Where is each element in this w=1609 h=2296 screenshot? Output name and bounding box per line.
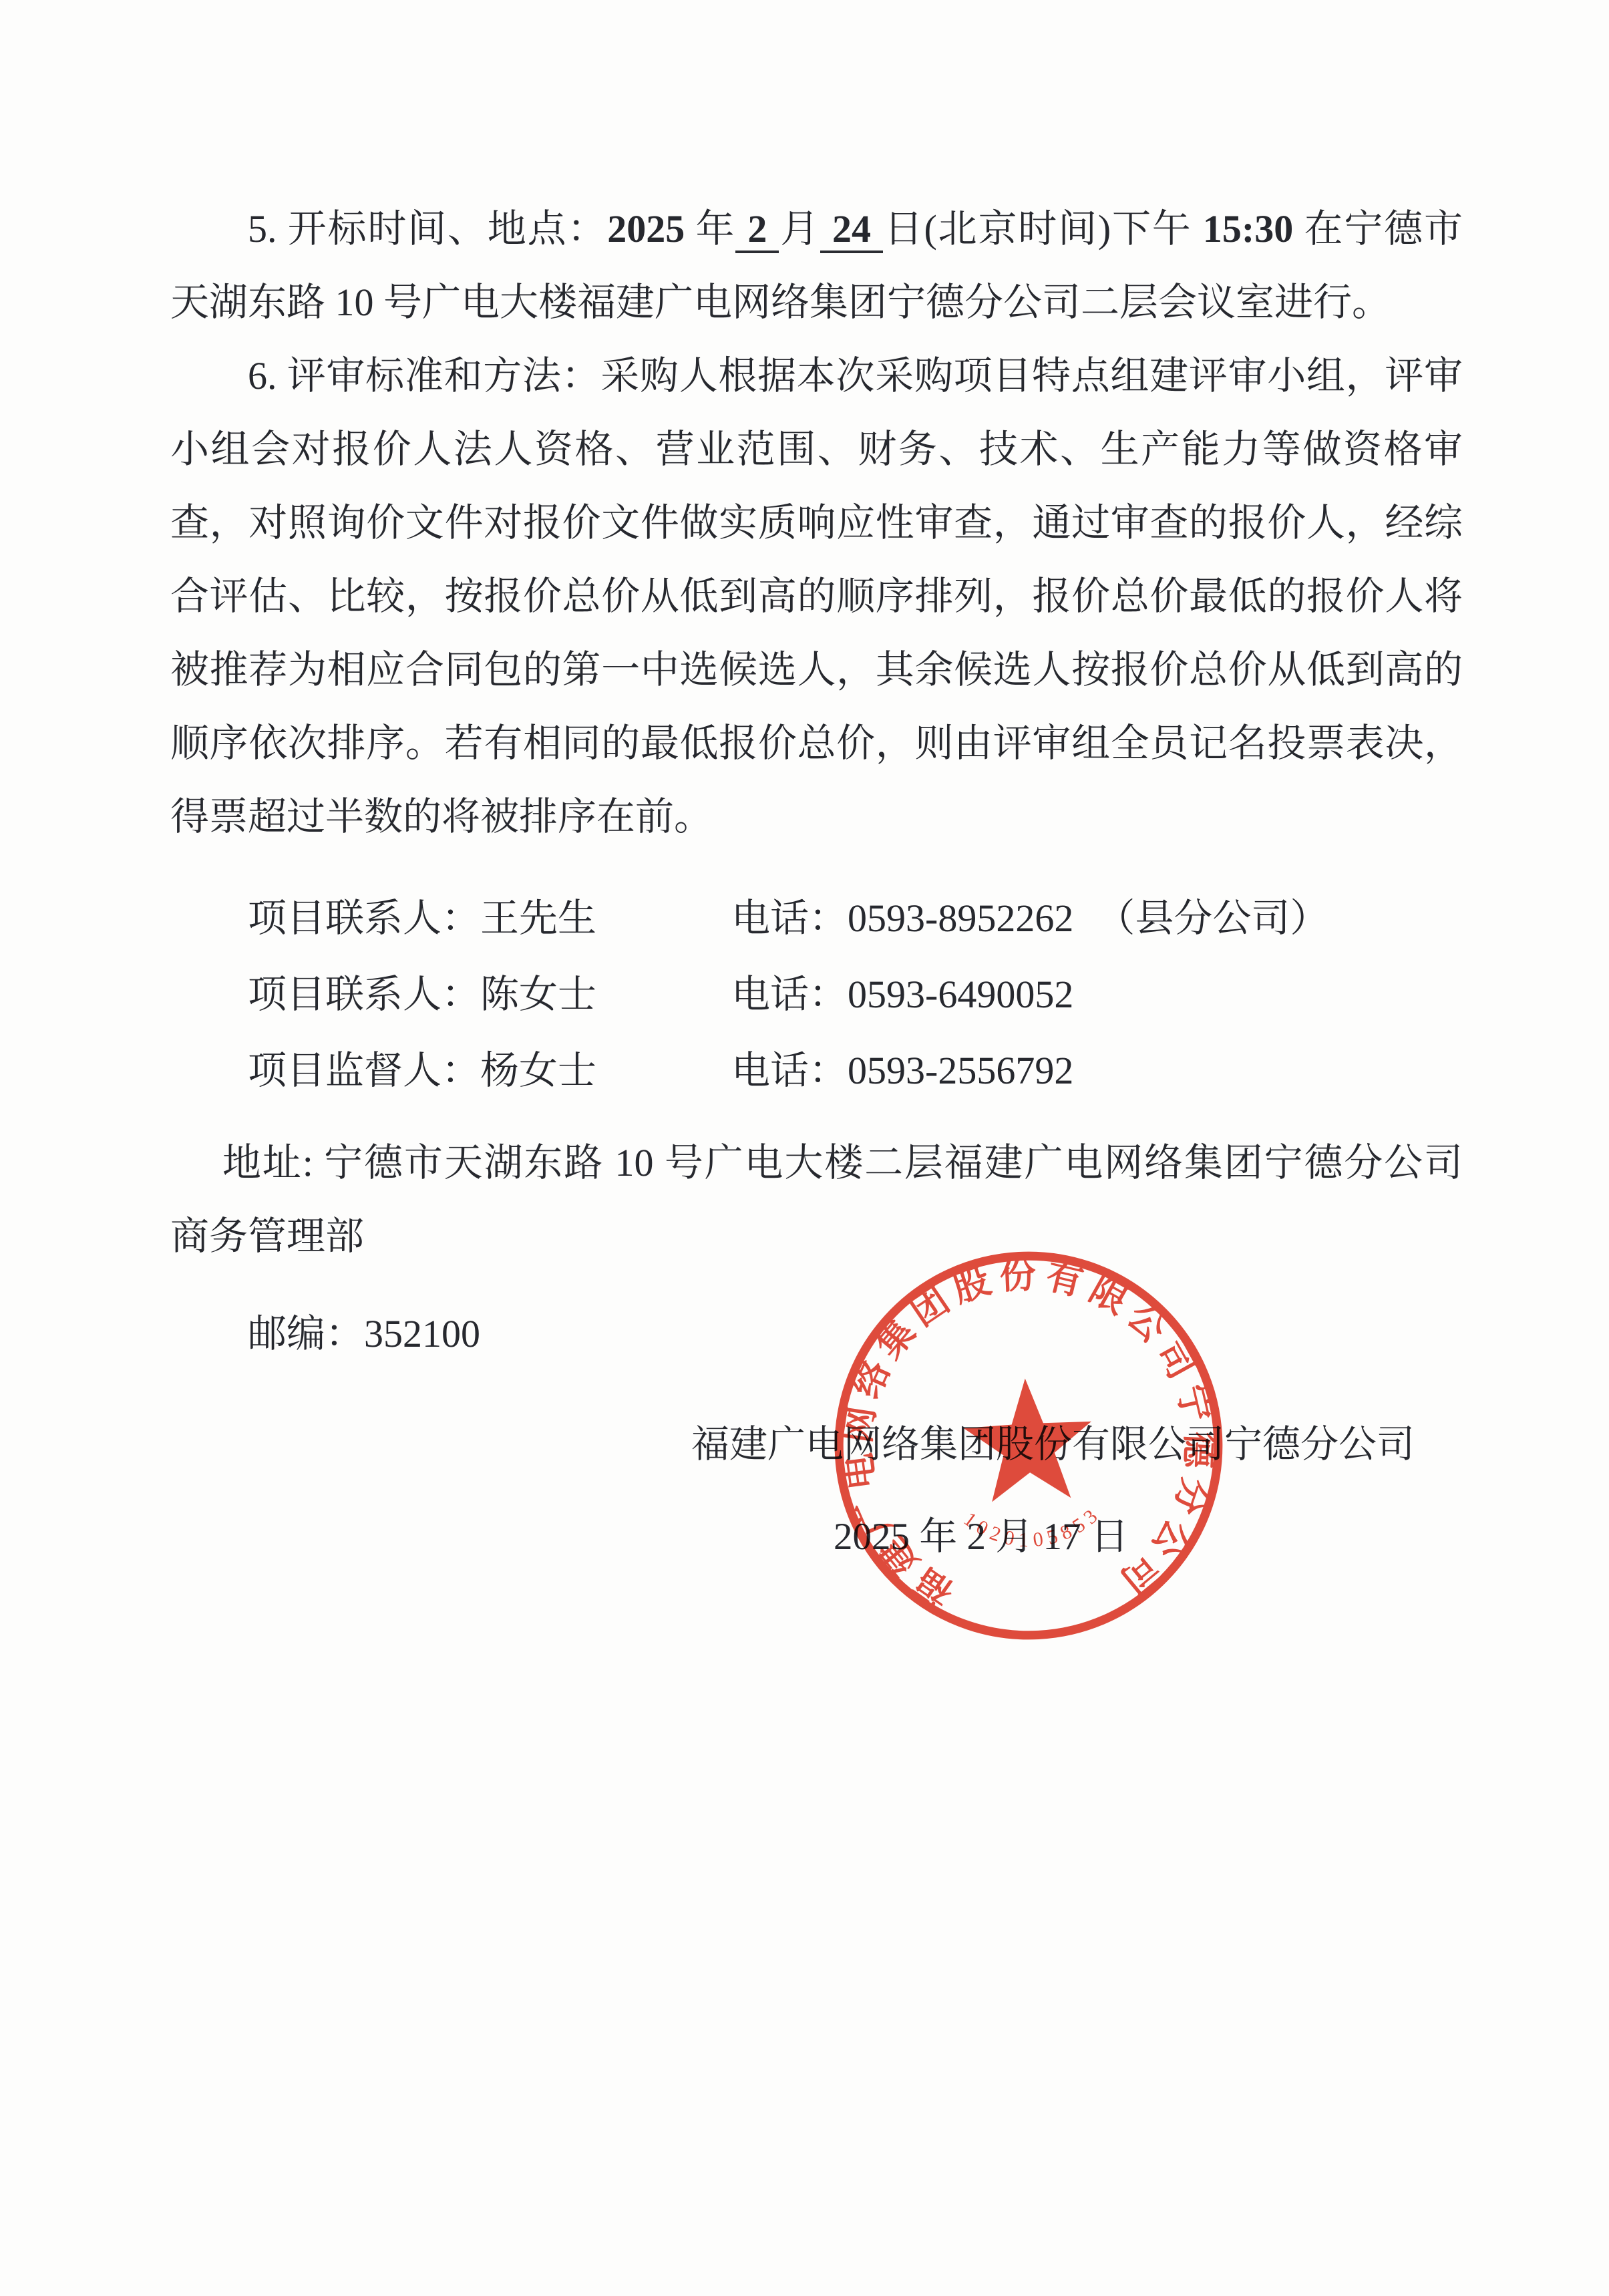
contact-name: 杨女士 bbox=[480, 1049, 596, 1092]
contact-label: 项目监督人： bbox=[248, 1049, 480, 1092]
bid-year: 2025 bbox=[607, 207, 685, 251]
bid-time: 15:30 bbox=[1203, 207, 1293, 251]
contact-label: 项目联系人： bbox=[248, 973, 480, 1016]
contact-name: 王先生 bbox=[480, 896, 596, 940]
phone-number: 0593-6490052 bbox=[848, 957, 1073, 1033]
bid-month-unit: 月 bbox=[779, 207, 820, 251]
phone-label: 电话： bbox=[731, 957, 848, 1033]
bid-opening-prefix: 5. 开标时间、地点： bbox=[248, 207, 607, 251]
phone-label: 电话： bbox=[731, 1033, 848, 1109]
company-seal-stamp: 福建广电网络集团股份有限公司宁德分公司 1020105853 bbox=[810, 1226, 1248, 1665]
bid-opening-paragraph: 5. 开标时间、地点：2025 年2月24日(北京时间)下午 15:30 在宁德… bbox=[170, 192, 1463, 339]
contact-person: 项目联系人：陈女士 bbox=[248, 957, 731, 1033]
contact-person: 项目监督人：杨女士 bbox=[248, 1033, 731, 1109]
bid-day-unit: 日(北京时间)下午 bbox=[883, 207, 1203, 251]
contact-row: 项目联系人：王先生电话：0593-8952262（县分公司） bbox=[248, 880, 1463, 957]
address-value: 宁德市天湖东路 10 号广电大楼二层福建广电网络集团宁德分公司商务管理部 bbox=[170, 1141, 1463, 1258]
contact-note: （县分公司） bbox=[1096, 880, 1328, 957]
document-page: 5. 开标时间、地点：2025 年2月24日(北京时间)下午 15:30 在宁德… bbox=[0, 0, 1609, 2296]
bid-month: 2 bbox=[735, 207, 779, 253]
contact-person: 项目联系人：王先生 bbox=[248, 880, 731, 957]
document-body: 5. 开标时间、地点：2025 年2月24日(北京时间)下午 15:30 在宁德… bbox=[170, 192, 1463, 1371]
phone-number: 0593-8952262 bbox=[848, 880, 1073, 957]
postal-label: 邮编： bbox=[248, 1312, 364, 1355]
star-icon bbox=[961, 1375, 1095, 1503]
contact-label: 项目联系人： bbox=[248, 896, 480, 940]
postal-value: 352100 bbox=[364, 1312, 480, 1355]
contact-name: 陈女士 bbox=[480, 973, 596, 1016]
evaluation-paragraph: 6. 评审标准和方法：采购人根据本次采购项目特点组建评审小组，评审小组会对报价人… bbox=[170, 339, 1463, 854]
bid-year-unit: 年 bbox=[685, 207, 735, 251]
contact-list: 项目联系人：王先生电话：0593-8952262（县分公司） 项目联系人：陈女士… bbox=[170, 880, 1463, 1109]
bid-day: 24 bbox=[820, 207, 883, 253]
svg-text:1020105853: 1020105853 bbox=[958, 1500, 1107, 1555]
address-label: 地址: bbox=[222, 1141, 313, 1184]
phone-label: 电话： bbox=[731, 880, 848, 957]
seal-number: 1020105853 bbox=[958, 1500, 1107, 1555]
contact-row: 项目联系人：陈女士电话：0593-6490052 bbox=[248, 957, 1463, 1033]
contact-row: 项目监督人：杨女士电话：0593-2556792 bbox=[248, 1033, 1463, 1109]
phone-number: 0593-2556792 bbox=[848, 1033, 1073, 1109]
